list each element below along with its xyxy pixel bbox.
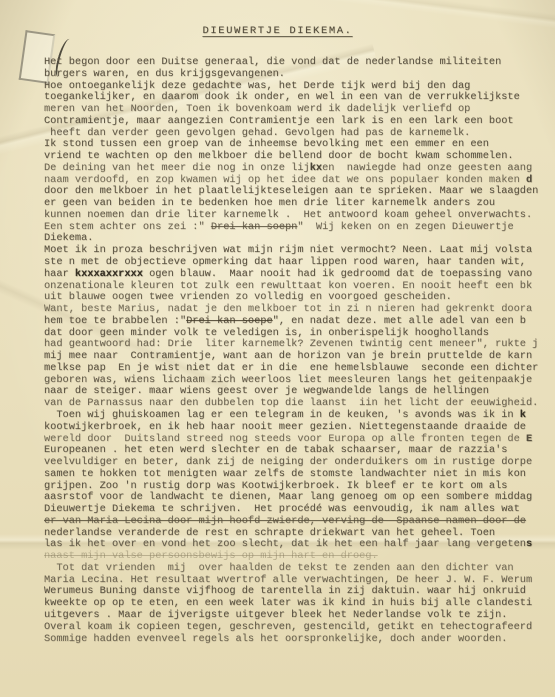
text-line: Sommige hadden evenveel regels als het o… (44, 634, 549, 646)
text-line: naam verdoofd, en zop kwamen wij op het … (44, 175, 549, 187)
text-line: wereld door Duitsland streed nog steeds … (44, 434, 549, 446)
text-line: er van Maria Lecina door mijn hoofd zwie… (44, 516, 549, 528)
text-line: Maria Lecina. Het resultaat wvertrof all… (44, 575, 549, 587)
text-line: las ik het over en vond het zoo slecht, … (44, 539, 549, 551)
document-body: Het begon door een Duitse generaal, die … (44, 57, 549, 645)
document-title: DIEUWERTJE DIEKEMA. (0, 25, 555, 37)
document-title-text: DIEUWERTJE DIEKEMA. (202, 25, 352, 37)
paper-crease (258, 0, 555, 47)
text-line: Een stem achter ons zei :" Drei kan soep… (44, 222, 549, 234)
text-line: meren van het Noorden, Toen ik bovenkoam… (44, 104, 549, 116)
text-line: van de Parnassus naar den dubbelen top d… (44, 398, 549, 410)
paper-page: DIEUWERTJE DIEKEMA. Het begon door een D… (0, 0, 555, 697)
text-line: veelvuldiger en beter, dank zij de neigi… (44, 457, 549, 469)
text-line: geboren was, wiens lichaam zich weerloos… (44, 375, 549, 387)
text-line: heeft dan verder geen gevolgen gehad. Ge… (44, 128, 549, 140)
text-line: Want, beste Marius, nadat je den melkboe… (44, 304, 549, 316)
text-line: had geantwoord had: Drie liter karnemelk… (44, 339, 549, 351)
